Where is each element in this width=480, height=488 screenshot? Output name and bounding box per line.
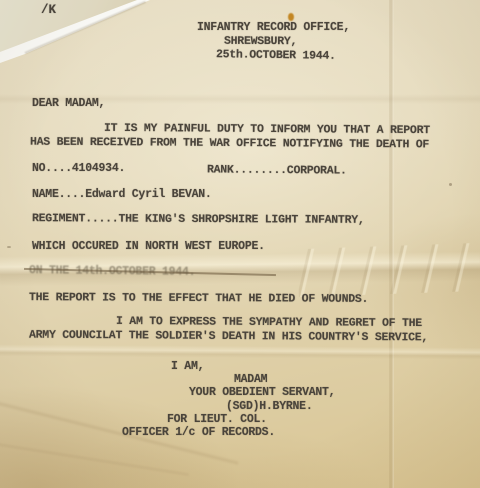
- sympathy-line-2: ARMY COUNCILAT THE SOLDIER'S DEATH IN HI…: [29, 329, 428, 345]
- regiment-field: REGIMENT.....THE KING'S SHROPSHIRE LIGHT…: [32, 212, 365, 227]
- scanned-letter: INFANTRY RECORD OFFICE, SHREWSBURY, 25th…: [0, 0, 480, 488]
- closing-servant: YOUR OBEDIENT SERVANT,: [189, 386, 335, 399]
- sympathy-line-1: I AM TO EXPRESS THE SYMPATHY AND REGRET …: [116, 315, 422, 330]
- closing-officer-records: OFFICER 1/c OF RECORDS.: [122, 426, 275, 439]
- body-intro-line-1: IT IS MY PAINFUL DUTY TO INFORM YOU THAT…: [104, 122, 430, 137]
- rank-field: RANK........CORPORAL.: [207, 163, 347, 177]
- body-intro-line-2: HAS BEEN RECEIVED FROM THE WAR OFFICE NO…: [30, 136, 429, 152]
- date-of-death-line: ON THE 14th.OCTOBER 1944.: [29, 264, 195, 279]
- letterhead-office: INFANTRY RECORD OFFICE,: [197, 21, 350, 34]
- service-number-field: NO....4104934.: [32, 162, 125, 175]
- reference-mark: /K: [41, 3, 56, 17]
- place-of-death-line: WHICH OCCURED IN NORTH WEST EUROPE.: [32, 240, 265, 253]
- letterhead-date: 25th.OCTOBER 1944.: [216, 48, 336, 63]
- cause-of-death-line: THE REPORT IS TO THE EFFECT THAT HE DIED…: [29, 291, 368, 306]
- closing-for-lieut-col: FOR LIEUT. COL.: [167, 413, 267, 426]
- closing-i-am: I AM,: [171, 360, 204, 373]
- closing-madam: MADAM: [234, 373, 267, 386]
- name-field: NAME....Edward Cyril BEVAN.: [32, 188, 212, 201]
- letterhead-location: SHREWSBURY,: [224, 35, 297, 48]
- salutation: DEAR MADAM,: [32, 97, 105, 110]
- signature-line: (SGD)H.BYRNE.: [226, 400, 312, 413]
